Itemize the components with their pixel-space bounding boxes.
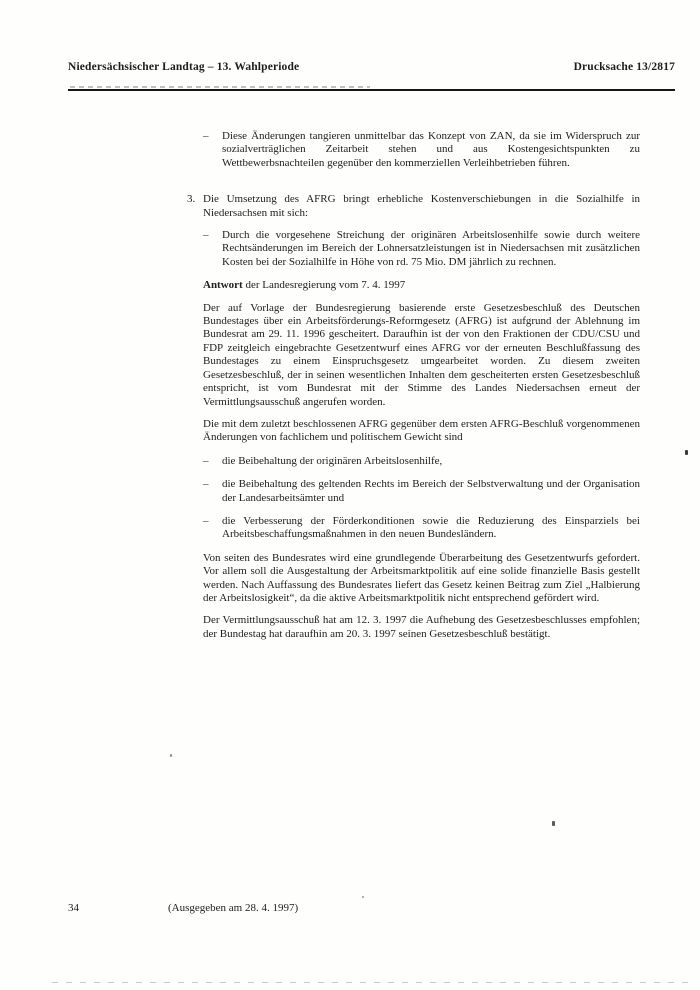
- numbered-item-text: Die Umsetzung des AFRG bringt erhebliche…: [203, 193, 640, 220]
- list-item-text: die Beibehaltung der originären Arbeitsl…: [222, 455, 640, 468]
- list-item: – die Beibehaltung der originären Arbeit…: [203, 455, 640, 468]
- header-rule: [68, 89, 675, 91]
- scan-edge-dashes: [52, 982, 688, 983]
- paragraph-gesetzesbeschluss: Der auf Vorlage der Bundesregierung basi…: [203, 302, 640, 409]
- answer-rest: der Landesregierung vom 7. 4. 1997: [243, 279, 406, 291]
- paragraph-vermittlungsausschuss: Der Vermittlungsausschuß hat am 12. 3. 1…: [203, 614, 640, 641]
- list-item-text: die Beibehaltung des geltenden Rechts im…: [222, 478, 640, 505]
- page-number: 34: [68, 902, 79, 914]
- paragraph-bundesrat-kritik: Von seiten des Bundesrates wird eine gru…: [203, 552, 640, 606]
- issued-date: (Ausgegeben am 28. 4. 1997): [168, 902, 298, 914]
- list-item: – die Verbesserung der Förderkonditionen…: [203, 515, 640, 542]
- document-page: Niedersächsischer Landtag – 13. Wahlperi…: [0, 0, 700, 990]
- list-item-text: die Verbesserung der Förderkonditionen s…: [222, 515, 640, 542]
- bullet-item-text: Diese Änderungen tangieren unmittelbar d…: [222, 130, 640, 170]
- header-document-number: Drucksache 13/2817: [68, 61, 675, 73]
- bullet-dash: –: [203, 478, 222, 505]
- numbered-item-3: 3. Die Umsetzung des AFRG bringt erhebli…: [203, 193, 640, 220]
- answer-heading: Antwort der Landesregierung vom 7. 4. 19…: [203, 279, 640, 292]
- bullet-dash: –: [203, 515, 222, 542]
- list-item: – die Beibehaltung des geltenden Rechts …: [203, 478, 640, 505]
- bullet-item-zan: – Diese Änderungen tangieren unmittelbar…: [203, 130, 640, 170]
- bullet-dash: –: [203, 455, 222, 468]
- document-body: – Diese Änderungen tangieren unmittelbar…: [203, 130, 640, 641]
- bullet-item-text: Durch die vorgesehene Streichung der ori…: [222, 229, 640, 269]
- bullet-item-streichung: – Durch die vorgesehene Streichung der o…: [203, 229, 640, 269]
- item-number: 3.: [187, 193, 203, 220]
- scan-speck: [170, 754, 172, 757]
- bullet-dash: –: [203, 130, 222, 170]
- changes-list: – die Beibehaltung der originären Arbeit…: [203, 455, 640, 542]
- scan-speck: [552, 821, 555, 826]
- header-rule-smudge: [70, 86, 370, 88]
- bullet-dash: –: [203, 229, 222, 269]
- answer-label: Antwort: [203, 279, 243, 291]
- scan-speck: [362, 896, 364, 898]
- paragraph-aenderungen-intro: Die mit dem zuletzt beschlossenen AFRG g…: [203, 418, 640, 445]
- scan-speck: [685, 450, 688, 455]
